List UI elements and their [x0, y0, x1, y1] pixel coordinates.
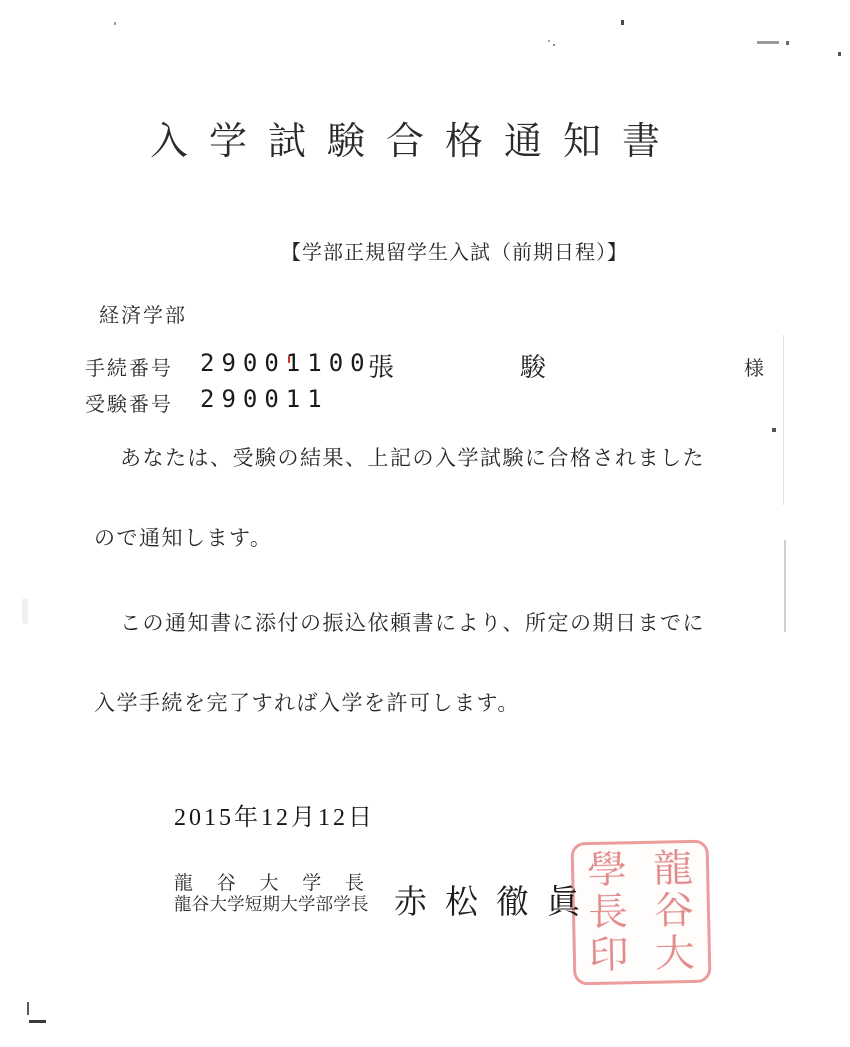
- scan-artifact: [288, 356, 290, 363]
- applicant-given-name: 駿: [520, 347, 546, 384]
- procedure-number-value: 29001100: [200, 349, 372, 377]
- seal-char: 長: [588, 893, 629, 934]
- body-line-4: 入学手続を完了すれば入学を許可します。: [94, 687, 520, 717]
- seal-char: 印: [589, 935, 630, 976]
- scan-artifact: [29, 1020, 46, 1023]
- scan-artifact: [783, 335, 784, 505]
- scan-artifact: [838, 52, 841, 56]
- exam-type-line: 【学部正規留学生入試（前期日程）】: [281, 236, 628, 265]
- document-title: 入学試験合格通知書: [150, 110, 681, 165]
- scan-artifact: [757, 41, 779, 44]
- honorific: 様: [744, 352, 764, 381]
- scan-artifact: [784, 540, 786, 632]
- body-line-3: この通知書に添付の振込依頼書により、所定の期日までに: [120, 607, 705, 637]
- scan-artifact: [621, 20, 624, 25]
- applicant-surname: 張: [368, 347, 394, 384]
- scan-artifact: [786, 41, 789, 45]
- seal-char: 大: [655, 934, 696, 975]
- scan-artifact: [548, 40, 550, 42]
- scan-artifact: [553, 44, 555, 46]
- university-president-seal: 龍 谷 大 學 長 印: [571, 840, 712, 986]
- faculty-name: 経済学部: [99, 299, 187, 328]
- seal-char: 龍: [653, 849, 694, 890]
- seal-char: 谷: [654, 891, 695, 932]
- scan-artifact: [114, 22, 116, 25]
- scan-artifact: [22, 598, 28, 624]
- junior-college-president-title: 龍谷大学短期大学部学長: [174, 894, 369, 915]
- scan-artifact: [772, 428, 776, 432]
- examinee-number-label: 受験番号: [85, 388, 173, 417]
- seal-column-right: 龍 谷 大: [654, 847, 695, 976]
- examinee-number-value: 290011: [200, 385, 329, 413]
- body-line-1: あなたは、受験の結果、上記の入学試験に合格されました: [120, 442, 705, 472]
- president-title: 龍谷大学長: [174, 873, 364, 894]
- seal-char: 學: [587, 850, 628, 891]
- procedure-number-label: 手続番号: [85, 352, 173, 381]
- issue-date: 2015年12月12日: [174, 797, 375, 832]
- seal-column-left: 學 長 印: [588, 849, 629, 978]
- signature-titles: 龍谷大学長 龍谷大学短期大学部学長: [174, 873, 369, 915]
- president-name: 赤松徹眞: [394, 876, 598, 923]
- admission-notice-page: 入学試験合格通知書 【学部正規留学生入試（前期日程）】 経済学部 手続番号 29…: [0, 0, 850, 1047]
- scan-artifact: [27, 1002, 29, 1015]
- body-line-2: ので通知します。: [94, 522, 272, 552]
